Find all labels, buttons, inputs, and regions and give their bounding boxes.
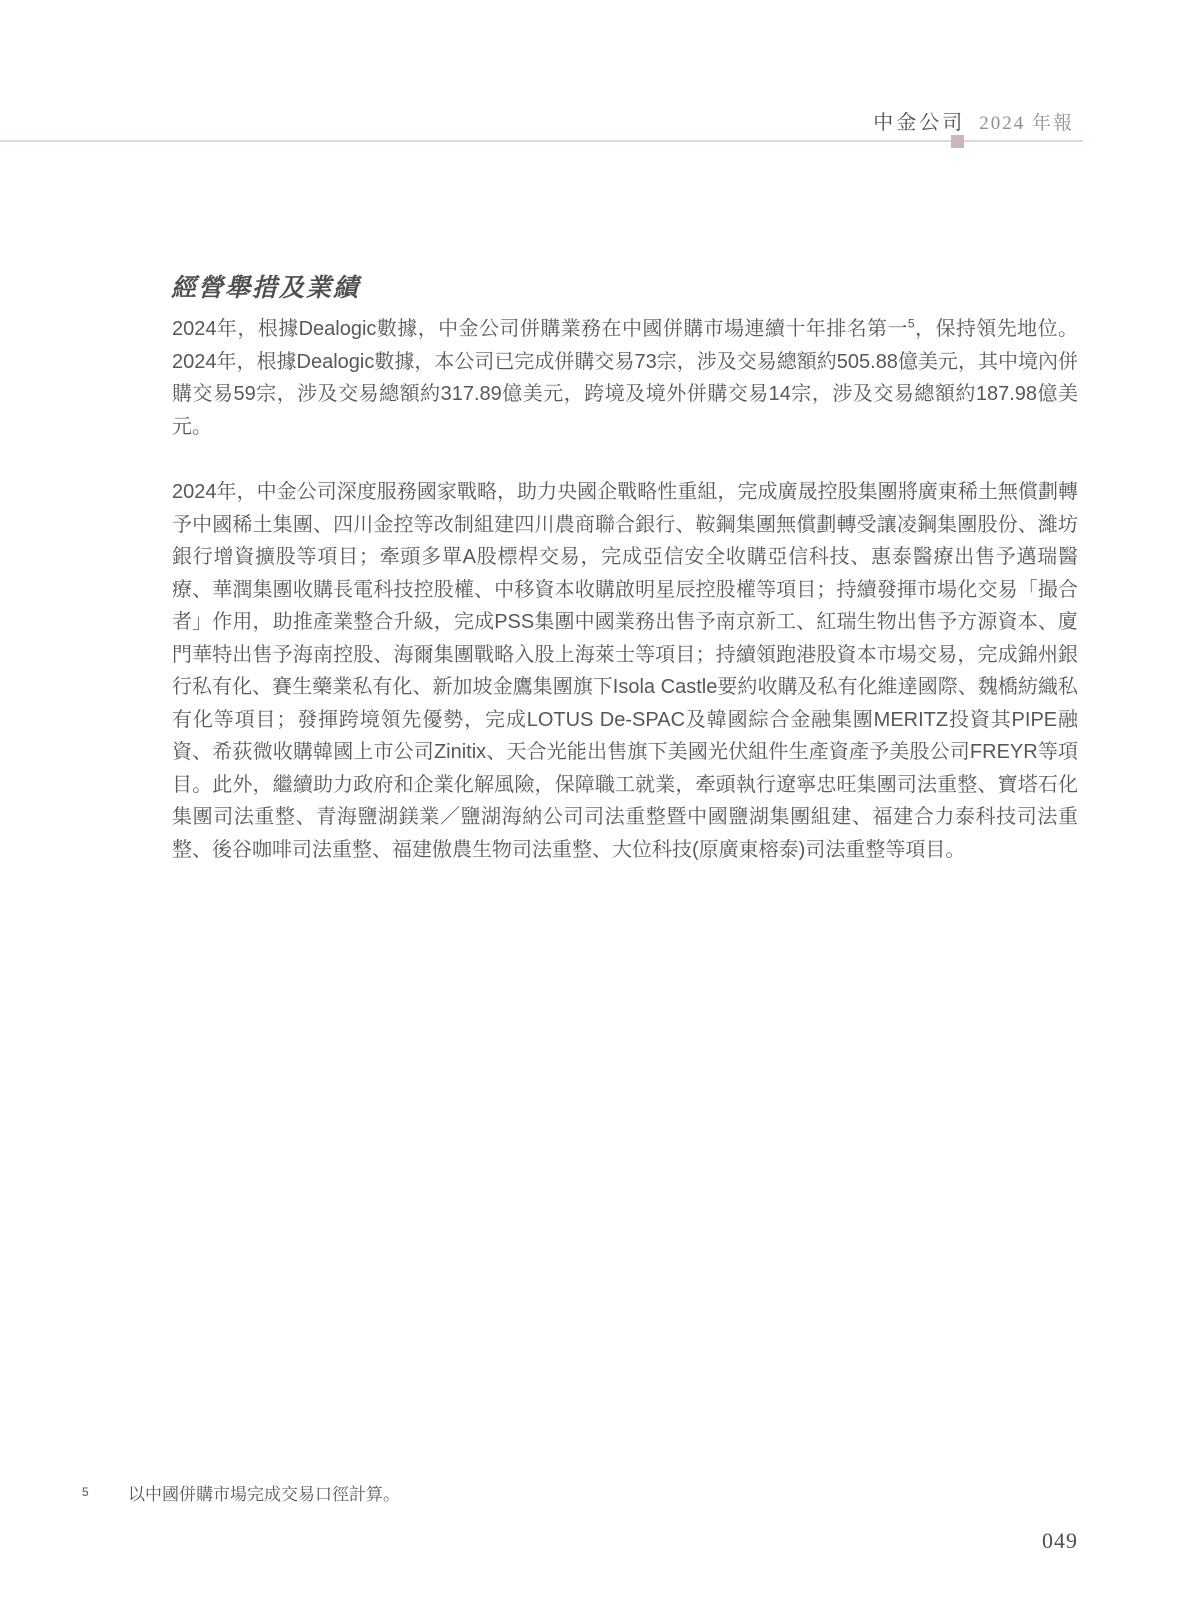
header-report-year: 2024 年報	[979, 113, 1074, 134]
document-page: 中金公司2024 年報 經營舉措及業績 2024年，根據Dealogic數據，中…	[0, 0, 1190, 1615]
header-company-name: 中金公司	[873, 112, 965, 134]
paragraph-1: 2024年，根據Dealogic數據，中金公司併購業務在中國併購市場連續十年排名…	[172, 313, 1078, 443]
footnote-marker: 5	[82, 1485, 128, 1499]
paragraph-1-text: 2024年，根據Dealogic數據，中金公司併購業務在中國併購市場連續十年排名…	[172, 318, 908, 340]
page-number: 049	[1042, 1528, 1078, 1554]
footnote: 5以中國併購市場完成交易口徑計算。	[82, 1480, 400, 1505]
footnote-reference-5: 5	[908, 316, 915, 330]
body-text-block: 2024年，根據Dealogic數據，中金公司併購業務在中國併購市場連續十年排名…	[172, 313, 1078, 899]
header-rule-square-marker	[951, 135, 964, 148]
page-header: 中金公司2024 年報	[873, 106, 1074, 135]
paragraph-2: 2024年，中金公司深度服務國家戰略，助力央國企戰略性重組，完成廣晟控股集團將廣…	[172, 476, 1078, 866]
footnote-text: 以中國併購市場完成交易口徑計算。	[128, 1485, 400, 1504]
header-rule-divider	[0, 140, 1083, 142]
section-title: 經營舉措及業績	[171, 268, 360, 304]
